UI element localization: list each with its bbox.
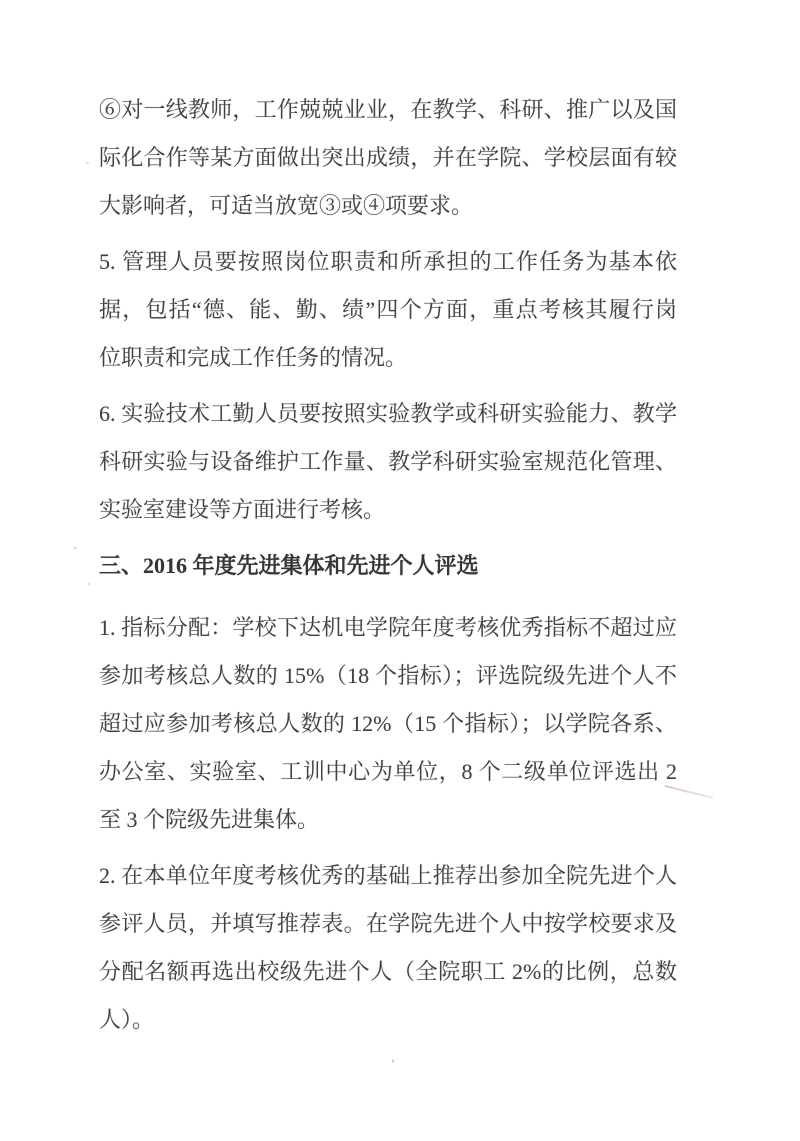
scan-speck xyxy=(392,1059,394,1063)
text-line: 参评人员，并填写推荐表。在学院先进个人中按学校要求及 xyxy=(99,900,677,948)
paragraph-item-6-circled: ⑥对一线教师，工作兢兢业业，在教学、科研、推广以及国 际化合作等某方面做出突出成… xyxy=(99,86,677,230)
document-text-block: ⑥对一线教师，工作兢兢业业，在教学、科研、推广以及国 际化合作等某方面做出突出成… xyxy=(99,86,677,1052)
text-line: 科研实验与设备维护工作量、教学科研实验室规范化管理、 xyxy=(99,438,677,486)
text-line: 超过应参加考核总人数的 12%（15 个指标）；以学院各系、 xyxy=(99,700,677,748)
scan-speck xyxy=(86,162,89,164)
text-line: 人）。 xyxy=(99,996,677,1044)
paragraph-item-5: 5. 管理人员要按照岗位职责和所承担的工作任务为基本依 据，包括“德、能、勤、绩… xyxy=(99,238,677,382)
section-heading-3: 三、2016 年度先进集体和先进个人评选 xyxy=(99,542,677,590)
text-line: 2. 在本单位年度考核优秀的基础上推荐出参加全院先进个人 xyxy=(99,852,677,900)
scanned-document-page: ⑥对一线教师，工作兢兢业业，在教学、科研、推广以及国 际化合作等某方面做出突出成… xyxy=(0,0,800,1141)
text-line: 位职责和完成工作任务的情况。 xyxy=(99,334,677,382)
scan-speck xyxy=(74,547,77,549)
text-line: 1. 指标分配：学校下达机电学院年度考核优秀指标不超过应 xyxy=(99,604,677,652)
text-line: 据，包括“德、能、勤、绩”四个方面，重点考核其履行岗 xyxy=(99,286,677,334)
paragraph-item-6: 6. 实验技术工勤人员要按照实验教学或科研实验能力、教学 科研实验与设备维护工作… xyxy=(99,390,677,534)
text-line: 实验室建设等方面进行考核。 xyxy=(99,486,677,534)
heading-line: 三、2016 年度先进集体和先进个人评选 xyxy=(99,542,677,590)
paragraph-item-2: 2. 在本单位年度考核优秀的基础上推荐出参加全院先进个人 参评人员，并填写推荐表… xyxy=(99,852,677,1044)
text-line: 至 3 个院级先进集体。 xyxy=(99,796,677,844)
paragraph-item-1: 1. 指标分配：学校下达机电学院年度考核优秀指标不超过应 参加考核总人数的 15… xyxy=(99,604,677,844)
text-line: ⑥对一线教师，工作兢兢业业，在教学、科研、推广以及国 xyxy=(99,86,677,134)
text-line: 办公室、实验室、工训中心为单位，8 个二级单位评选出 2 xyxy=(99,748,677,796)
scan-speck xyxy=(88,583,90,585)
text-line: 际化合作等某方面做出突出成绩，并在学院、学校层面有较 xyxy=(99,134,677,182)
text-line: 大影响者，可适当放宽③或④项要求。 xyxy=(99,182,677,230)
text-line: 分配名额再选出校级先进个人（全院职工 2%的比例，总数 3 xyxy=(99,948,677,996)
text-line: 参加考核总人数的 15%（18 个指标）；评选院级先进个人不 xyxy=(99,652,677,700)
text-line: 5. 管理人员要按照岗位职责和所承担的工作任务为基本依 xyxy=(99,238,677,286)
text-line: 6. 实验技术工勤人员要按照实验教学或科研实验能力、教学 xyxy=(99,390,677,438)
